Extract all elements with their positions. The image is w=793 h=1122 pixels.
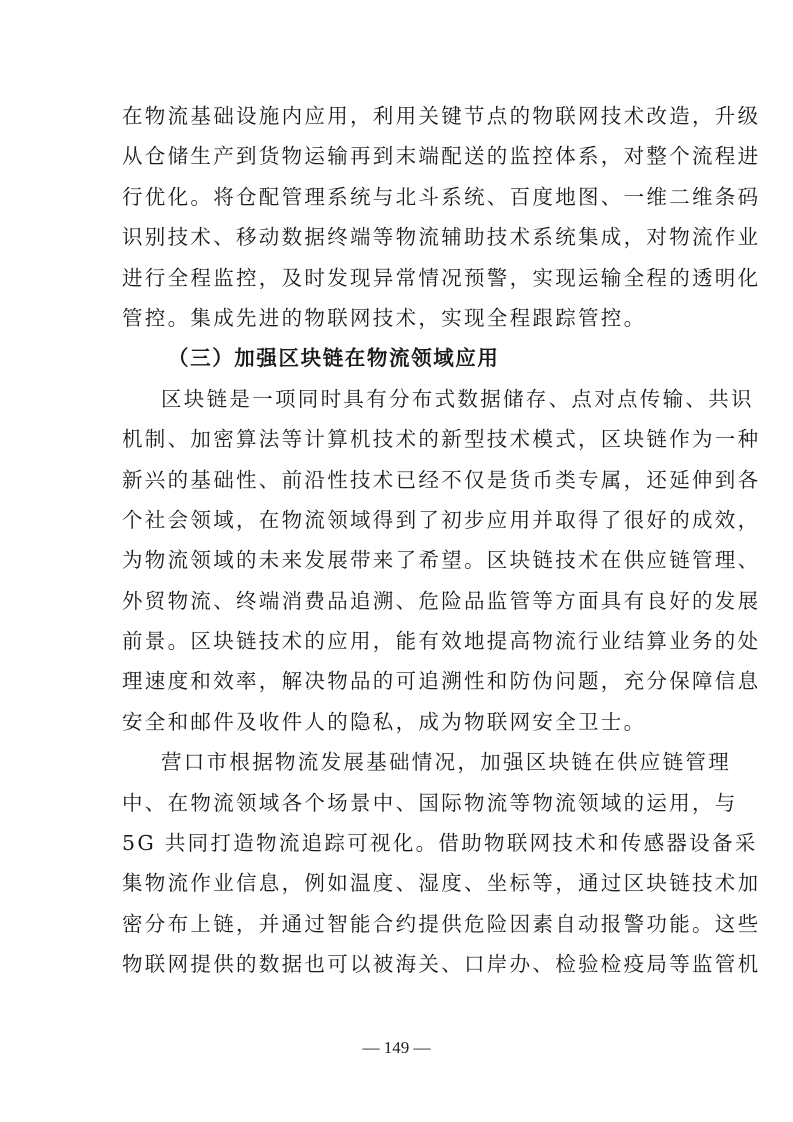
text-line: 理速度和效率，解决物品的可追溯性和防伪问题，充分保障信息 [122,661,674,701]
text-line: 新兴的基础性、前沿性技术已经不仅是货币类专属，还延伸到各 [122,460,674,500]
document-page: 在物流基础设施内应用，利用关键节点的物联网技术改造，升级 从仓储生产到货物运输再… [0,0,793,1122]
text-line: 5G 共同打造物流追踪可视化。借助物联网技术和传感器设备采 [122,823,674,863]
body-text: 在物流基础设施内应用，利用关键节点的物联网技术改造，升级 从仓储生产到货物运输再… [122,96,674,985]
text-line: 个社会领域，在物流领域得到了初步应用并取得了很好的成效， [122,500,674,540]
section-heading: （三）加强区块链在物流领域应用 [122,338,674,378]
text-line: 管控。集成先进的物联网技术，实现全程跟踪管控。 [122,298,674,338]
text-line: 集物流作业信息，例如温度、湿度、坐标等，通过区块链技术加 [122,863,674,903]
paragraph-first-line: 营口市根据物流发展基础情况，加强区块链在供应链管理 [122,742,674,782]
text-line: 从仓储生产到货物运输再到末端配送的监控体系，对整个流程进 [122,136,674,176]
page-number: — 149 — [0,1038,793,1058]
text-line: 密分布上链，并通过智能合约提供危险因素自动报警功能。这些 [122,904,674,944]
paragraph-first-line: 区块链是一项同时具有分布式数据储存、点对点传输、共识 [122,379,674,419]
text-line: 行优化。将仓配管理系统与北斗系统、百度地图、一维二维条码 [122,177,674,217]
text-line: 为物流领域的未来发展带来了希望。区块链技术在供应链管理、 [122,540,674,580]
text-line: 安全和邮件及收件人的隐私，成为物联网安全卫士。 [122,702,674,742]
text-line: 中、在物流领域各个场景中、国际物流等物流领域的运用，与 [122,783,674,823]
text-line: 外贸物流、终端消费品追溯、危险品监管等方面具有良好的发展 [122,581,674,621]
text-line: 进行全程监控，及时发现异常情况预警，实现运输全程的透明化 [122,258,674,298]
text-line: 前景。区块链技术的应用，能有效地提高物流行业结算业务的处 [122,621,674,661]
text-line: 识别技术、移动数据终端等物流辅助技术系统集成，对物流作业 [122,217,674,257]
text-line: 机制、加密算法等计算机技术的新型技术模式，区块链作为一种 [122,419,674,459]
text-line: 在物流基础设施内应用，利用关键节点的物联网技术改造，升级 [122,96,674,136]
text-line: 物联网提供的数据也可以被海关、口岸办、检验检疫局等监管机 [122,944,674,984]
